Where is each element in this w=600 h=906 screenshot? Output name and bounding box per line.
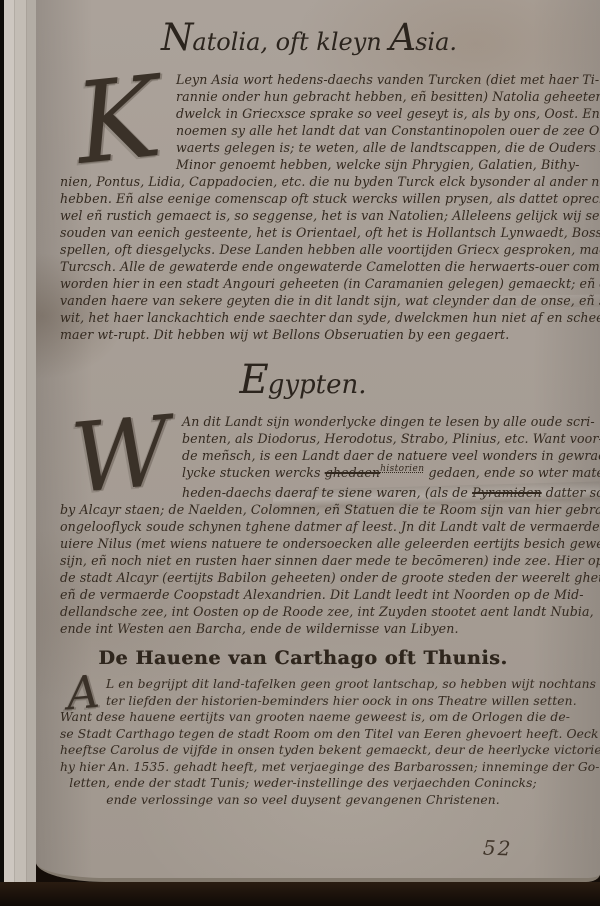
- section-heading-egypten: Egypten.: [60, 357, 546, 403]
- page-number: 52: [482, 835, 512, 860]
- ornate-initial-W: W: [57, 408, 186, 503]
- section-heading-carthago: De Hauene van Carthago oft Thunis.: [60, 647, 546, 669]
- text-line: wel eñ rustich gemaect is, so seggense, …: [60, 207, 546, 224]
- text-segment: heden-daechs daeraf te siene waren, (als…: [182, 485, 472, 500]
- paragraph-carthago: A L en begrijpt dit land-tafelken geen g…: [60, 676, 546, 808]
- text-line-centered: ende verlossinge van so veel duysent gev…: [60, 792, 546, 809]
- book-scan-photo: Natolia, oft kleyn Asia. K Leyn Asia wor…: [0, 0, 600, 906]
- heading-text: atolia, oft kleyn: [192, 28, 389, 56]
- swash-initial-N: N: [161, 16, 192, 59]
- heading-text: gypten.: [268, 370, 367, 400]
- struck-word: Pyramiden: [472, 485, 542, 500]
- text-line: dellandsche zee, int Oosten op de Roode …: [60, 603, 546, 620]
- text-line: sijn, eñ noch niet en rusten haer sinnen…: [60, 552, 546, 569]
- bottom-shadow: [0, 882, 600, 906]
- text-line: ongelooflyck soude schynen tghene datmer…: [60, 518, 546, 535]
- swash-initial-E: E: [239, 357, 267, 403]
- paragraph-natolia: K Leyn Asia wort hedens-daechs vanden Tu…: [60, 71, 546, 343]
- book-binding-edge: [0, 0, 36, 884]
- text-line-centered: letten, ende der stadt Tunis; weder-inst…: [60, 775, 546, 792]
- heading-text: sia.: [415, 28, 457, 56]
- ornate-initial-K: K: [55, 65, 181, 179]
- text-line: heeftse Carolus de vijfde in onsen tyden…: [60, 742, 546, 759]
- text-line: ende int Westen aen Barcha, ende de wild…: [60, 620, 546, 637]
- text-line: Want dese hauene eertijts van grooten na…: [60, 709, 546, 726]
- text-line: vanden haere van sekere geyten die in di…: [60, 292, 546, 309]
- struck-word: ghedaen: [325, 465, 380, 480]
- text-line: hy hier An. 1535. gehadt heeft, met verj…: [60, 759, 546, 776]
- text-line: spellen, oft diesgelycks. Dese Landen he…: [60, 241, 546, 258]
- page-content: Natolia, oft kleyn Asia. K Leyn Asia wor…: [36, 0, 600, 878]
- ornate-initial-A: A: [59, 674, 108, 711]
- text-segment: datter sommige noch: [542, 485, 600, 500]
- text-line: L en begrijpt dit land-tafelken geen gro…: [60, 676, 546, 693]
- text-line: se Stadt Carthago tegen de stadt Room om…: [60, 726, 546, 743]
- text-segment: gedaen, ende so wter maten wonder-: [424, 465, 600, 480]
- text-line: hebben. Eñ alse eenige comenscap oft stu…: [60, 190, 546, 207]
- swash-initial-A: A: [389, 16, 415, 59]
- text-line: maer wt-rupt. Dit hebben wij wt Bellons …: [60, 326, 546, 343]
- text-line: wit, het haer lanckachtich ende saechter…: [60, 309, 546, 326]
- text-line: ter liefden der historien-beminders hier…: [60, 693, 546, 710]
- text-line: Turcsch. Alle de gewaterde ende ongewate…: [60, 258, 546, 275]
- page-surface: Natolia, oft kleyn Asia. K Leyn Asia wor…: [36, 0, 600, 882]
- text-line: souden van eenich gesteente, het is Orie…: [60, 224, 546, 241]
- text-line: worden hier in een stadt Angouri geheete…: [60, 275, 546, 292]
- handwritten-insertion: historien: [380, 464, 424, 474]
- text-line: de stadt Alcayr (eertijts Babilon geheet…: [60, 569, 546, 586]
- text-line: eñ de vermaerde Coopstadt Alexandrien. D…: [60, 586, 546, 603]
- text-segment: lycke stucken wercks: [182, 465, 325, 480]
- text-line: uiere Nilus (met wiens natuere te onders…: [60, 535, 546, 552]
- paragraph-egypten: W An dit Landt sijn wonderlycke dingen t…: [60, 413, 546, 637]
